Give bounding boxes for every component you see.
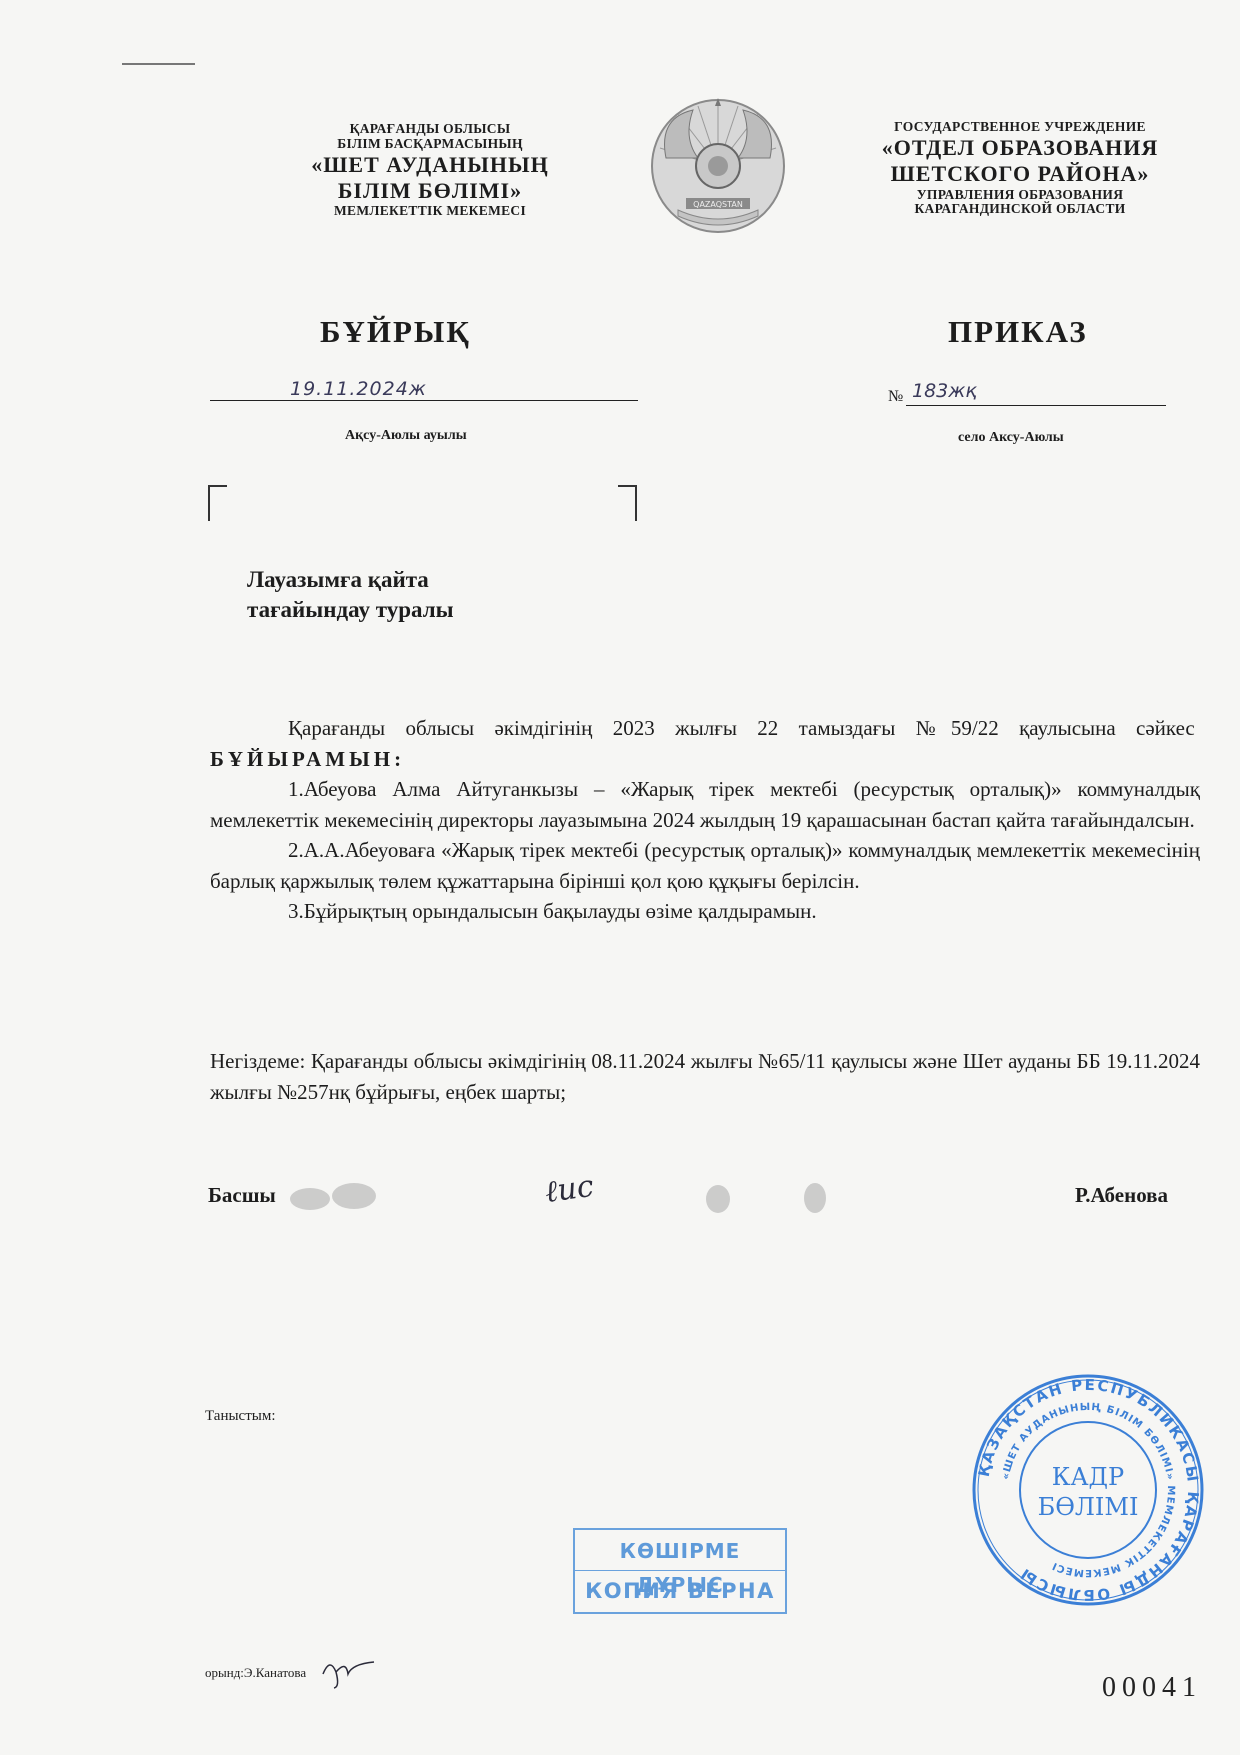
redaction-smudge (290, 1188, 330, 1210)
svg-text:QAZAQSTAN: QAZAQSTAN (693, 200, 743, 209)
redaction-smudge (804, 1183, 826, 1213)
header-ru-line3: ШЕТСКОГО РАЙОНА» (865, 161, 1175, 187)
title-kz: БҰЙРЫҚ (320, 314, 471, 350)
header-kz: ҚАРАҒАНДЫ ОБЛЫСЫ БІЛІМ БАСҚАРМАСЫНЫҢ «ШЕ… (300, 122, 560, 219)
header-kz-line5: МЕМЛЕКЕТТІК МЕКЕМЕСІ (300, 204, 560, 219)
place-ru: село Аксу-Аюлы (958, 430, 1064, 446)
header-kz-line3: «ШЕТ АУДАНЫНЫҢ (300, 152, 560, 178)
copy-stamp-line2: КОПИЯ ВЕРНА (575, 1571, 785, 1611)
body-item-2: 2.А.А.Абеуоваға «Жарық тірек мектебі (ре… (210, 835, 1200, 896)
title-ru: ПРИКАЗ (948, 314, 1088, 350)
order-number-label: № (888, 388, 903, 406)
hr-department-stamp: ҚАЗАҚСТАН РЕСПУБЛИКАСЫ ҚАРАҒАНДЫ ОБЛЫСЫ … (968, 1370, 1208, 1610)
copy-stamp-line1: КӨШІРМЕ ДҰРЫС (575, 1530, 785, 1571)
corner-mark-right (618, 485, 637, 521)
order-basis: Негіздеме: Қарағанды облысы әкімдігінің … (210, 1046, 1200, 1107)
serial-number: 00041 (1102, 1672, 1202, 1704)
scan-mark (122, 63, 195, 65)
header-ru-line1: ГОСУДАРСТВЕННОЕ УЧРЕЖДЕНИЕ (865, 120, 1175, 135)
redaction-smudge (706, 1185, 730, 1213)
document-page: ҚАРАҒАНДЫ ОБЛЫСЫ БІЛІМ БАСҚАРМАСЫНЫҢ «ШЕ… (0, 0, 1240, 1755)
svg-text:КАДР: КАДР (1052, 1463, 1124, 1491)
svg-text:БӨЛІМІ: БӨЛІМІ (1038, 1493, 1139, 1521)
header-kz-line4: БІЛІМ БӨЛІМІ» (300, 178, 560, 204)
body-intro: Қарағанды облысы әкімдігінің 2023 жылғы … (210, 713, 1200, 774)
header-ru-line2: «ОТДЕЛ ОБРАЗОВАНИЯ (865, 135, 1175, 161)
number-underline (906, 405, 1166, 406)
order-subject: Лауазымға қайта тағайындау туралы (247, 565, 454, 625)
header-ru-line5: КАРАГАНДИНСКОЙ ОБЛАСТИ (865, 202, 1175, 217)
corner-mark-left (208, 485, 227, 521)
command-word: БҰЙЫРАМЫН: (210, 747, 405, 771)
state-emblem-icon: QAZAQSTAN (648, 88, 788, 243)
body-item-1: 1.Абеуова Алма Айтуганкызы – «Жарық тіре… (210, 774, 1200, 835)
executor-signature-icon (318, 1652, 378, 1698)
certified-copy-stamp: КӨШІРМЕ ДҰРЫС КОПИЯ ВЕРНА (573, 1528, 787, 1614)
handwritten-signature: ℓиc (543, 1169, 596, 1210)
date-underline (210, 400, 638, 401)
header-kz-line2: БІЛІМ БАСҚАРМАСЫНЫҢ (300, 137, 560, 152)
signatory-name: Р.Абенова (1075, 1183, 1168, 1208)
order-body: Қарағанды облысы әкімдігінің 2023 жылғы … (210, 713, 1200, 927)
place-kz: Ақсу-Аюлы ауылы (345, 428, 467, 444)
body-item-3: 3.Бұйрықтың орындалысын бақылауды өзіме … (210, 896, 1200, 927)
signatory-title: Басшы (208, 1183, 276, 1208)
header-ru: ГОСУДАРСТВЕННОЕ УЧРЕЖДЕНИЕ «ОТДЕЛ ОБРАЗО… (865, 120, 1175, 217)
header-kz-line1: ҚАРАҒАНДЫ ОБЛЫСЫ (300, 122, 560, 137)
redaction-smudge (332, 1183, 376, 1209)
familiarized-label: Таныстым: (205, 1408, 276, 1425)
subject-line2: тағайындау туралы (247, 595, 454, 625)
executor: орынд:Э.Канатова (205, 1665, 306, 1681)
subject-line1: Лауазымға қайта (247, 565, 454, 595)
order-number: 183жқ (912, 380, 977, 402)
header-ru-line4: УПРАВЛЕНИЯ ОБРАЗОВАНИЯ (865, 188, 1175, 203)
order-date: 19.11.2024ж (290, 378, 427, 400)
